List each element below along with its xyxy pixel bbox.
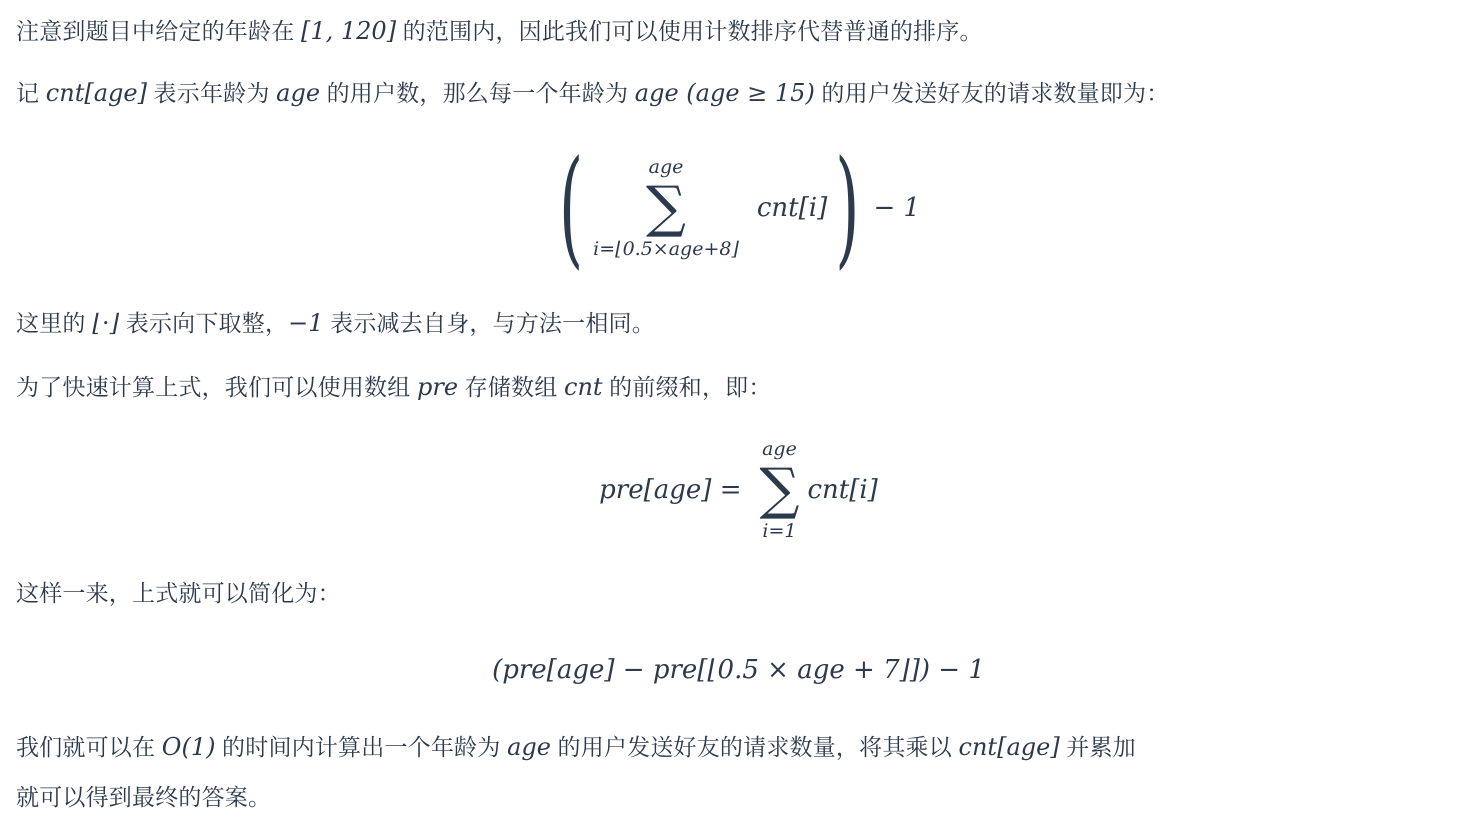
text-run: 记 bbox=[16, 80, 46, 106]
simplified-expression: (pre[age] − pre[⌊0.5 × age + 7⌋]) − 1 bbox=[492, 655, 985, 685]
summation-block: age ∑ i=1 bbox=[759, 437, 799, 543]
text-run: 的范围内，因此我们可以使用计数排序代替普通的排序。 bbox=[396, 18, 983, 44]
text-run: 表示向下取整， bbox=[119, 310, 288, 336]
left-paren: ( bbox=[557, 144, 585, 271]
text-run: 的用户数，那么每一个年龄为 bbox=[320, 80, 635, 106]
paragraph-conclusion: 我们就可以在 O(1) 的时间内计算出一个年龄为 age 的用户发送好友的请求数… bbox=[16, 722, 1461, 822]
inline-math-floor: ⌊⋅⌋ bbox=[92, 309, 119, 337]
text-run: 存储数组 bbox=[458, 374, 564, 400]
inline-math-range: [1, 120] bbox=[301, 17, 396, 45]
inline-math-cnt: cnt bbox=[564, 373, 603, 401]
text-run: 就可以得到最终的答案。 bbox=[16, 784, 271, 810]
text-run: 的时间内计算出一个年龄为 bbox=[215, 734, 507, 760]
right-paren: ) bbox=[833, 144, 861, 271]
solution-document: 注意到题目中给定的年龄在 [1, 120] 的范围内，因此我们可以使用计数排序代… bbox=[0, 0, 1477, 824]
sum-body: cnt[i] bbox=[807, 475, 877, 505]
inline-math-age: age bbox=[507, 733, 551, 761]
text-run: 表示减去自身，与方法一相同。 bbox=[324, 310, 655, 336]
text-run: 并累加 bbox=[1060, 734, 1136, 760]
sigma-icon: ∑ bbox=[646, 179, 686, 237]
sum-body: cnt[i] bbox=[757, 193, 827, 223]
paragraph-simplification-intro: 这样一来，上式就可以简化为： bbox=[16, 568, 1461, 618]
paragraph-cnt-definition: 记 cnt[age] 表示年龄为 age 的用户数，那么每一个年龄为 age (… bbox=[16, 68, 1461, 118]
text-run: 的用户发送好友的请求数量即为： bbox=[815, 80, 1170, 106]
sum-lower-limit: i=1 bbox=[762, 519, 796, 543]
inline-math-cnt-age: cnt[age] bbox=[959, 733, 1060, 761]
text-run: 的前缀和，即： bbox=[603, 374, 772, 400]
paragraph-floor-explanation: 这里的 ⌊⋅⌋ 表示向下取整，−1 表示减去自身，与方法一相同。 bbox=[16, 298, 1461, 348]
text-run: 这里的 bbox=[16, 310, 92, 336]
inline-math-minus-one: −1 bbox=[288, 309, 323, 337]
formula-prefix-sum-definition: pre[age] = age ∑ i=1 cnt[i] bbox=[16, 437, 1461, 543]
sum-lower-limit: i=⌊0.5×age+8⌋ bbox=[593, 237, 739, 261]
inline-math-age-ge-15: age (age ≥ 15) bbox=[635, 79, 815, 107]
sigma-icon: ∑ bbox=[759, 461, 799, 519]
formula-simplified-expression: (pre[age] − pre[⌊0.5 × age + 7⌋]) − 1 bbox=[16, 650, 1461, 690]
text-run: 这样一来，上式就可以简化为： bbox=[16, 580, 341, 606]
inline-math-cnt-age: cnt[age] bbox=[46, 79, 147, 107]
inline-math-pre: pre bbox=[417, 373, 458, 401]
formula-request-count-sum: ( age ∑ i=⌊0.5×age+8⌋ cnt[i] ) − 1 bbox=[16, 143, 1461, 273]
minus-one-tail: − 1 bbox=[873, 193, 920, 223]
text-run: 表示年龄为 bbox=[147, 80, 276, 106]
text-run: 注意到题目中给定的年龄在 bbox=[16, 18, 301, 44]
text-run: 的用户发送好友的请求数量，将其乘以 bbox=[551, 734, 959, 760]
inline-math-age: age bbox=[276, 79, 320, 107]
inline-math-o1: O(1) bbox=[162, 733, 216, 761]
text-run: 为了快速计算上式，我们可以使用数组 bbox=[16, 374, 417, 400]
paragraph-prefix-sum: 为了快速计算上式，我们可以使用数组 pre 存储数组 cnt 的前缀和，即： bbox=[16, 362, 1461, 412]
text-run: 我们就可以在 bbox=[16, 734, 162, 760]
paragraph-counting-sort: 注意到题目中给定的年龄在 [1, 120] 的范围内，因此我们可以使用计数排序代… bbox=[16, 6, 1461, 56]
summation-block: age ∑ i=⌊0.5×age+8⌋ bbox=[593, 155, 739, 261]
prefix-lhs: pre[age] = bbox=[599, 475, 741, 505]
